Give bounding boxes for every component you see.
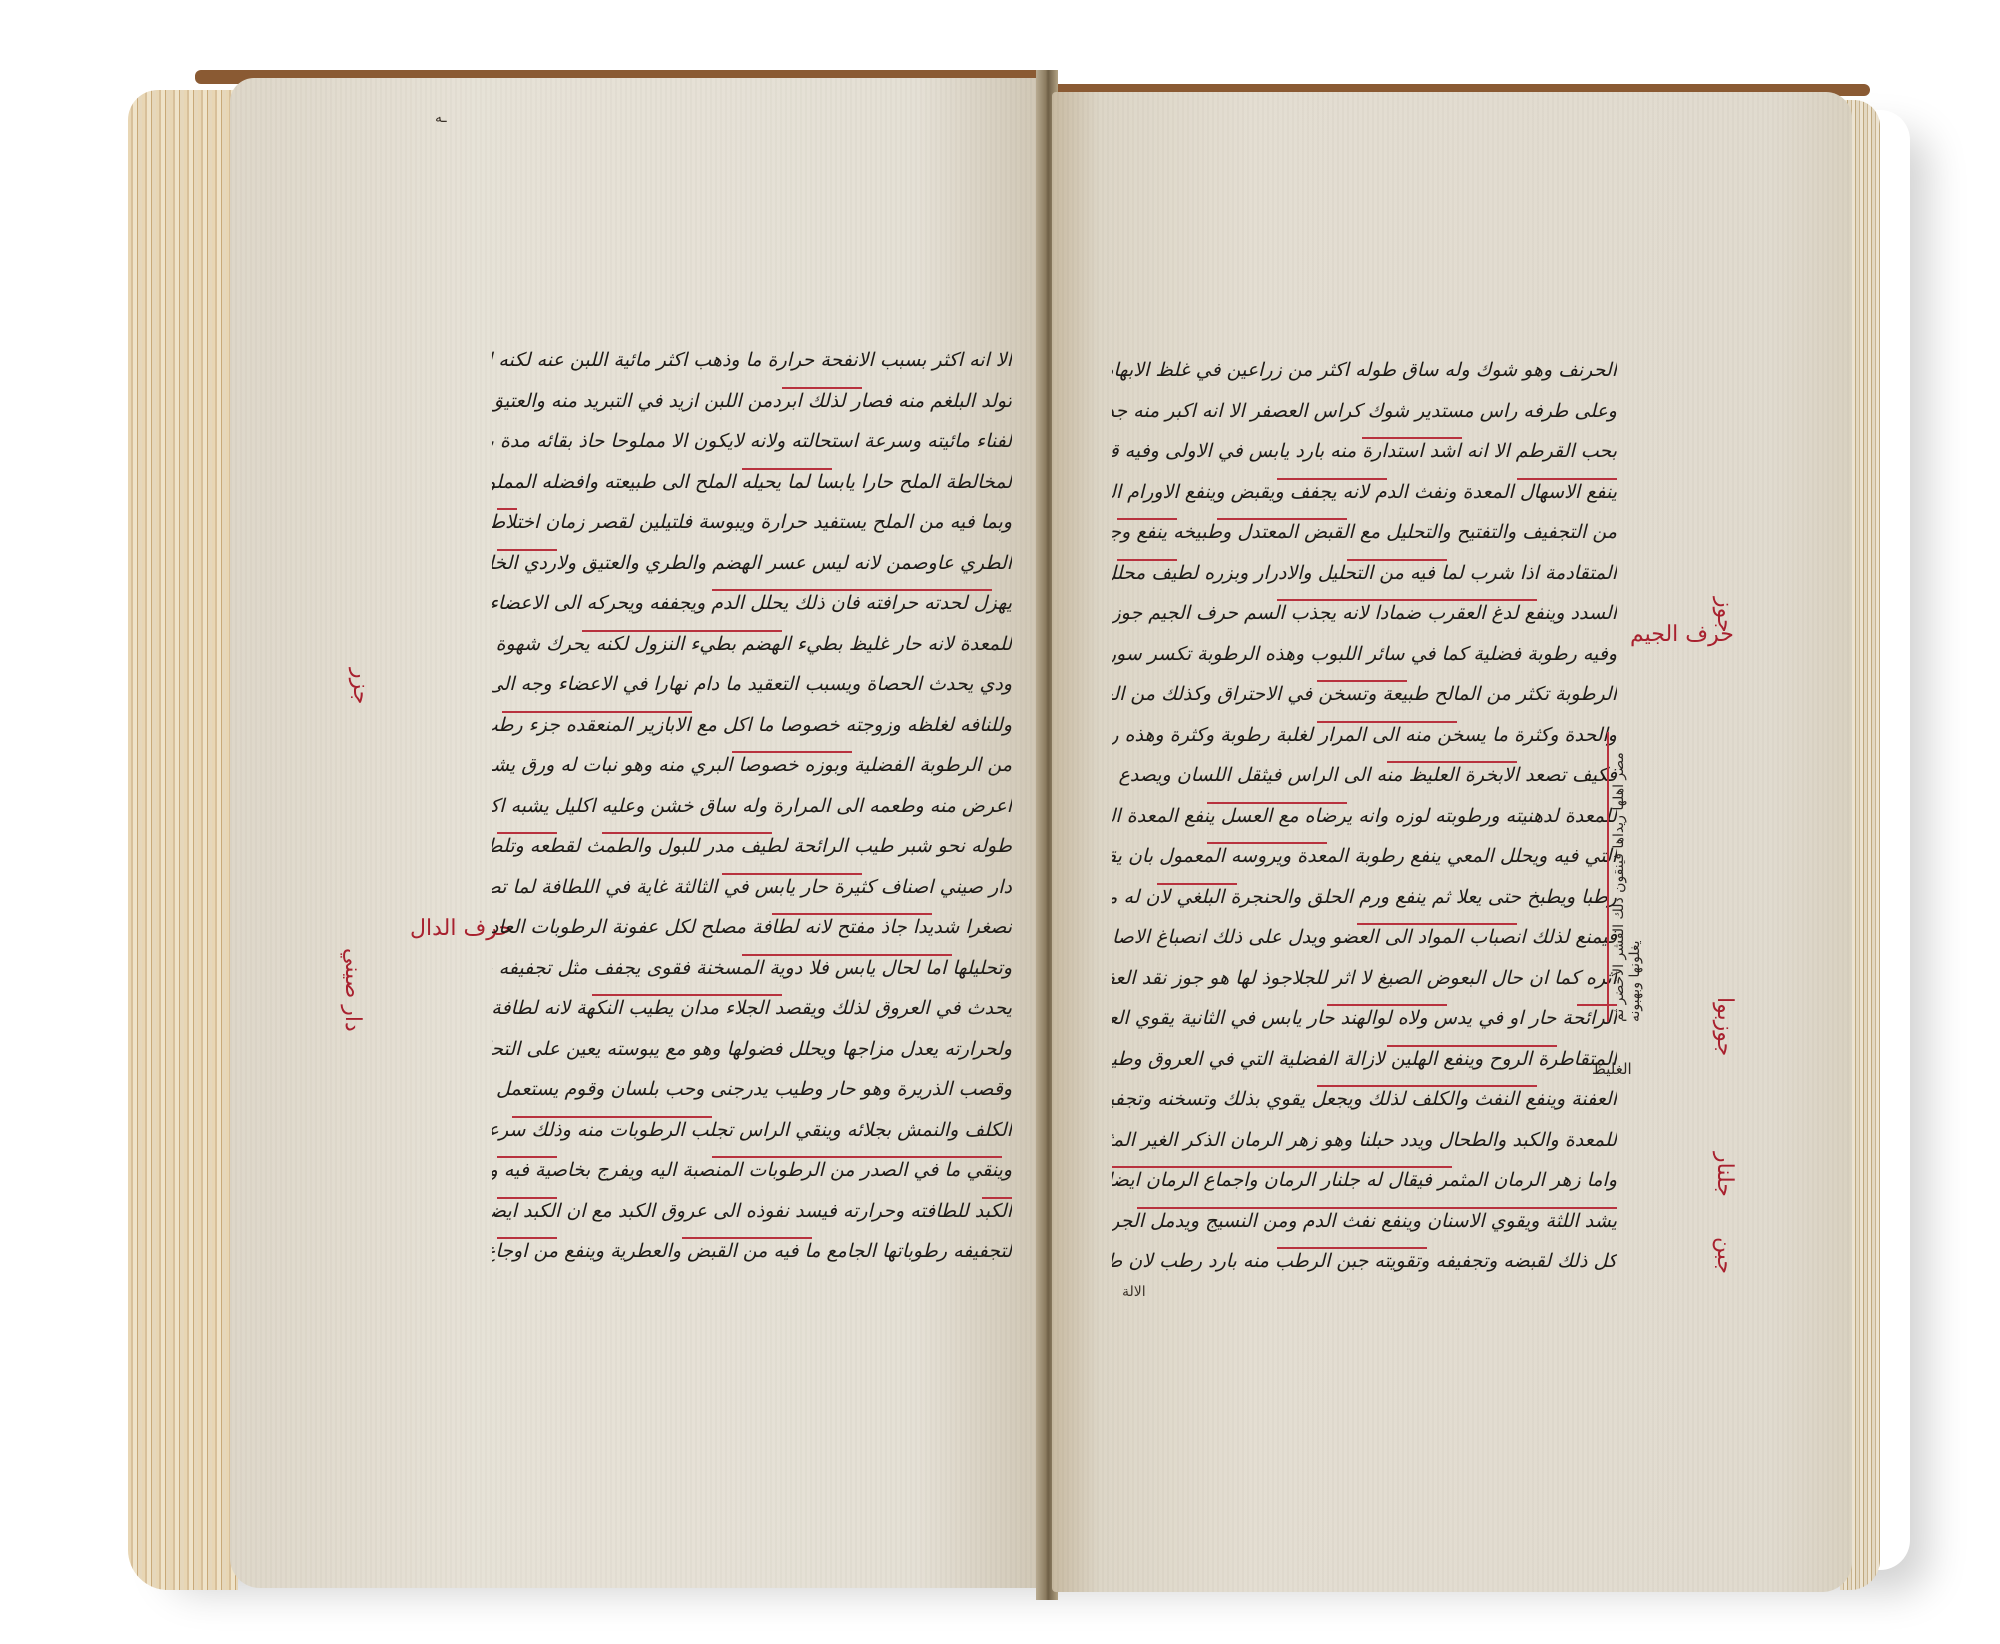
text-line: واما زهر الرمان المثمر فيقال له جلنار ال… xyxy=(1112,1160,1617,1201)
text-line: لمخالطة الملح حارا يابسا لما يحيله الملح… xyxy=(492,462,1012,503)
text-line: للمعدة والكبد والطحال ويدد حبلنا وهو زهر… xyxy=(1112,1120,1617,1161)
text-line: للمعدة لدهنيته ورطوبته لوزه وانه يرضاه م… xyxy=(1112,796,1617,837)
right-text-block: الحرنف وهو شوك وله ساق طوله اكثر من زراع… xyxy=(1112,350,1617,1282)
text-line: يهزل لحدته حرافته فان ذلك يحلل الدم ويجف… xyxy=(492,583,1012,624)
text-line: العفنة وينفع النفث والكلف لذلك ويجعل يقو… xyxy=(1112,1079,1617,1120)
text-line: الرائحة حار او في يدس ولاه لوالهند حار ي… xyxy=(1112,998,1617,1039)
text-line: الكبد للطافته وحرارته فيسد نفوذه الى عرو… xyxy=(492,1191,1012,1232)
text-line: المتقاطرة الروح وينفع الهلين لازالة الفض… xyxy=(1112,1039,1617,1080)
text-line: وينقي ما في الصدر من الرطوبات المنصبة ال… xyxy=(492,1150,1012,1191)
margin-heading-dar-sini: دار صيني xyxy=(340,948,365,1032)
left-text-block: الا انه اكثر بسبب الانفحة حرارة ما وذهب … xyxy=(492,340,1012,1272)
text-line: تولد البلغم منه فصار لذلك ابردمن اللبن ا… xyxy=(492,381,1012,422)
text-line: للمعدة لانه حار غليظ بطيء الهضم بطيء الن… xyxy=(492,624,1012,665)
text-line: ودي يحدث الحصاة ويسبب التعقيد ما دام نها… xyxy=(492,664,1012,705)
text-line: وللنافه لغلظه وزوجته خصوصا ما اكل مع الا… xyxy=(492,705,1012,746)
margin-heading-jazar: جزر xyxy=(348,668,373,704)
text-line: الكلف والنمش بجلائه وينقي الراس تجلب الر… xyxy=(492,1110,1012,1151)
text-line: فكيف تصعد الابخرة العليظ منه الى الراس ف… xyxy=(1112,755,1617,796)
top-mark: ـه xyxy=(435,110,447,126)
text-line: من التجفيف والتفتيح والتحليل مع القبض ال… xyxy=(1112,512,1617,553)
margin-note-ghaliz: الغليظ xyxy=(1592,1060,1632,1078)
text-line: بحب القرطم الا انه اشد استدارة منه بارد … xyxy=(1112,431,1617,472)
text-line: طوله نحو شبر طيب الرائحة لطيف مدر للبول … xyxy=(492,826,1012,867)
text-line: دار صيني اصناف كثيرة حار يابس في الثالثة… xyxy=(492,867,1012,908)
text-line: وعلى طرفه راس مستدير شوك كراس العصفر الا… xyxy=(1112,391,1617,432)
text-line: الحرنف وهو شوك وله ساق طوله اكثر من زراع… xyxy=(1112,350,1617,391)
text-line: الطري عاوصمن لانه ليس عسر الهضم والطري و… xyxy=(492,543,1012,584)
text-line: المتقادمة اذا شرب لما فيه من التحليل وال… xyxy=(1112,553,1617,594)
text-line: وفيه رطوبة فضلية كما في سائر اللبوب وهذه… xyxy=(1112,634,1617,675)
text-line: التي فيه ويحلل المعي ينفع رطوبة المعدة و… xyxy=(1112,836,1617,877)
margin-heading-julnar: جلنار xyxy=(1712,1152,1737,1197)
margin-heading-jawz-buwa: جوزبوا xyxy=(1712,997,1737,1056)
text-line: نصغرا شديدا جاذ مفتح لانه لطافة مصلح لكل… xyxy=(492,907,1012,948)
text-line: وتحليلها اما لحال يابس فلا دوية المسخنة … xyxy=(492,948,1012,989)
text-line: وبما فيه من الملح يستفيد حرارة ويبوسة فل… xyxy=(492,502,1012,543)
text-line: من الرطوبة الفضلية وبوزه خصوصا البري منه… xyxy=(492,745,1012,786)
open-manuscript: ـه جزر حرف الدال دار صيني الا انه اكثر ب… xyxy=(0,0,2000,1644)
text-line: لتجفيفه رطوباتها الجامع ما فيه من القبض … xyxy=(492,1231,1012,1272)
text-line: لفناء مائيته وسرعة استحالته ولانه لايكون… xyxy=(492,421,1012,462)
left-page: ـه جزر حرف الدال دار صيني الا انه اكثر ب… xyxy=(230,78,1040,1588)
text-line: الا انه اكثر بسبب الانفحة حرارة ما وذهب … xyxy=(492,340,1012,381)
right-page: الحرنف وهو شوك وله ساق طوله اكثر من زراع… xyxy=(1052,92,1852,1592)
page-edges-left xyxy=(128,90,238,1590)
catchword: الالة xyxy=(1122,1284,1146,1300)
text-line: ينفع الاسهال المعدة ونفث الدم لانه يجفف … xyxy=(1112,472,1617,513)
text-line: اعرض منه وطعمه الى المرارة وله ساق خشن و… xyxy=(492,786,1012,827)
text-line: يحدث في العروق لذلك ويقصد الجلاء مدان يط… xyxy=(492,988,1012,1029)
text-line: وقصب الذريرة وهو حار وطيب يدرجنى وحب بلس… xyxy=(492,1069,1012,1110)
text-line: الرطوبة تكثر من المالح طبيعة وتسخن في ال… xyxy=(1112,674,1617,715)
text-line: السدد وينفع لدغ العقرب ضمادا لانه يجذب ا… xyxy=(1112,593,1617,634)
margin-note-vertical: مصر اهلها ريداها فينقون ذلك القشر الاخضر… xyxy=(1607,732,1643,1022)
text-line: والحدة وكثرة ما يسخن منه الى المرار لغلب… xyxy=(1112,715,1617,756)
text-line: كل ذلك لقبضه وتجفيفه وتقويته جبن الرطب م… xyxy=(1112,1241,1617,1282)
margin-heading-jawz: جوز xyxy=(1712,597,1737,633)
text-line: رطبا ويطبخ حتى يعلا ثم ينفع ورم الحلق وا… xyxy=(1112,877,1617,918)
margin-heading-jubn: جبن xyxy=(1712,1237,1737,1274)
text-line: ولحرارته يعدل مزاجها ويحلل فضولها وهو مع… xyxy=(492,1029,1012,1070)
text-line: يشد اللثة ويقوي الاسنان وينفع نفث الدم و… xyxy=(1112,1201,1617,1242)
text-line: اثره كما ان حال البعوض الصيغ لا اثر للجل… xyxy=(1112,958,1617,999)
text-line: فيمنع لذلك انصباب المواد الى العضو ويدل … xyxy=(1112,917,1617,958)
